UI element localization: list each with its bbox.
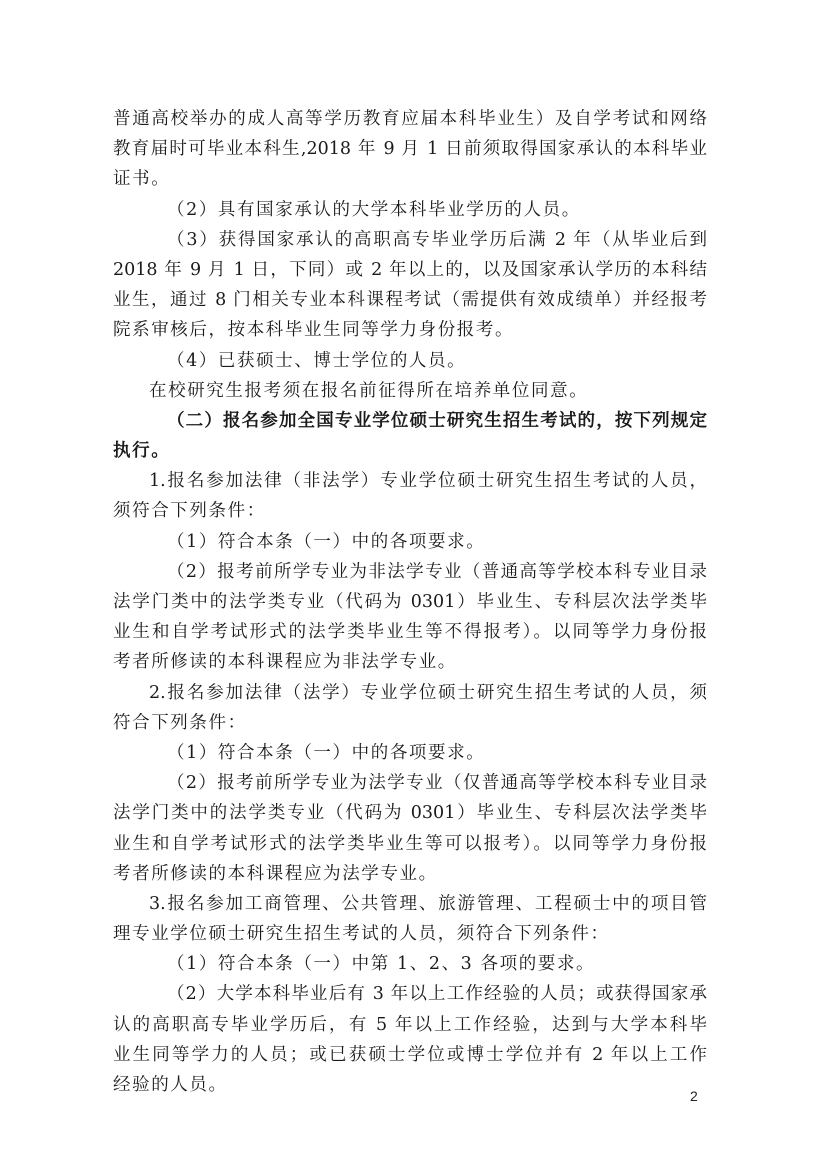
text-line: 认的高职高专毕业学历后，有 5 年以上工作经验，达到与大学本科毕 (113, 1010, 707, 1040)
text-line: 业生同等学力的人员；或已获硕士学位或博士学位并有 2 年以上工作 (113, 1040, 707, 1070)
text-line: 业生和自学考试形式的法学类毕业生等可以报考）。以同等学力身份报 (113, 829, 707, 859)
text-line: 理专业学位硕士研究生招生考试的人员，须符合下列条件： (113, 919, 707, 949)
text-line: 证书。 (113, 164, 707, 194)
section-heading: （二）报名参加全国专业学位硕士研究生招生考试的，按下列规定 (113, 406, 707, 436)
text-line: 法学门类中的法学类专业（代码为 0301）毕业生、专科层次法学类毕 (113, 587, 707, 617)
text-line: 3.报名参加工商管理、公共管理、旅游管理、工程硕士中的项目管 (113, 889, 707, 919)
document-page: 普通高校举办的成人高等学历教育应届本科毕业生）及自学考试和网络 教育届时可毕业本… (0, 0, 828, 1170)
text-line: 考者所修读的本科课程应为法学专业。 (113, 859, 707, 889)
text-line: （3）获得国家承认的高职高专毕业学历后满 2 年（从毕业后到 (113, 225, 707, 255)
text-line: 业生，通过 8 门相关专业本科课程考试（需提供有效成绩单）并经报考 (113, 285, 707, 315)
text-line: （2）报考前所学专业为非法学专业（普通高等学校本科专业目录 (113, 557, 707, 587)
text-line: 业生和自学考试形式的法学类毕业生等不得报考）。以同等学力身份报 (113, 617, 707, 647)
text-line: （1）符合本条（一）中的各项要求。 (113, 527, 707, 557)
text-line: 考者所修读的本科课程应为非法学专业。 (113, 647, 707, 677)
text-line: （4）已获硕士、博士学位的人员。 (113, 346, 707, 376)
text-line: 符合下列条件： (113, 708, 707, 738)
text-line: （1）符合本条（一）中第 1、2、3 各项的要求。 (113, 949, 707, 979)
text-line: 教育届时可毕业本科生,2018 年 9 月 1 日前须取得国家承认的本科毕业 (113, 134, 707, 164)
text-line: （2）具有国家承认的大学本科毕业学历的人员。 (113, 195, 707, 225)
text-line: 在校研究生报考须在报名前征得所在培养单位同意。 (113, 376, 707, 406)
text-line: 法学门类中的法学类专业（代码为 0301）毕业生、专科层次法学类毕 (113, 798, 707, 828)
text-line: （2）大学本科毕业后有 3 年以上工作经验的人员；或获得国家承 (113, 979, 707, 1009)
text-line: 2018 年 9 月 1 日，下同）或 2 年以上的，以及国家承认学历的本科结 (113, 255, 707, 285)
text-line: 院系审核后，按本科毕业生同等学力身份报考。 (113, 315, 707, 345)
text-line: 普通高校举办的成人高等学历教育应届本科毕业生）及自学考试和网络 (113, 104, 707, 134)
page-number: 2 (690, 1088, 698, 1104)
text-line: 1.报名参加法律（非法学）专业学位硕士研究生招生考试的人员， (113, 466, 707, 496)
text-line: （2）报考前所学专业为法学专业（仅普通高等学校本科专业目录 (113, 768, 707, 798)
text-line: （1）符合本条（一）中的各项要求。 (113, 738, 707, 768)
text-line: 须符合下列条件： (113, 496, 707, 526)
section-heading-cont: 执行。 (113, 436, 707, 466)
text-line: 经验的人员。 (113, 1070, 707, 1100)
text-line: 2.报名参加法律（法学）专业学位硕士研究生招生考试的人员，须 (113, 678, 707, 708)
document-body: 普通高校举办的成人高等学历教育应届本科毕业生）及自学考试和网络 教育届时可毕业本… (113, 104, 707, 1100)
